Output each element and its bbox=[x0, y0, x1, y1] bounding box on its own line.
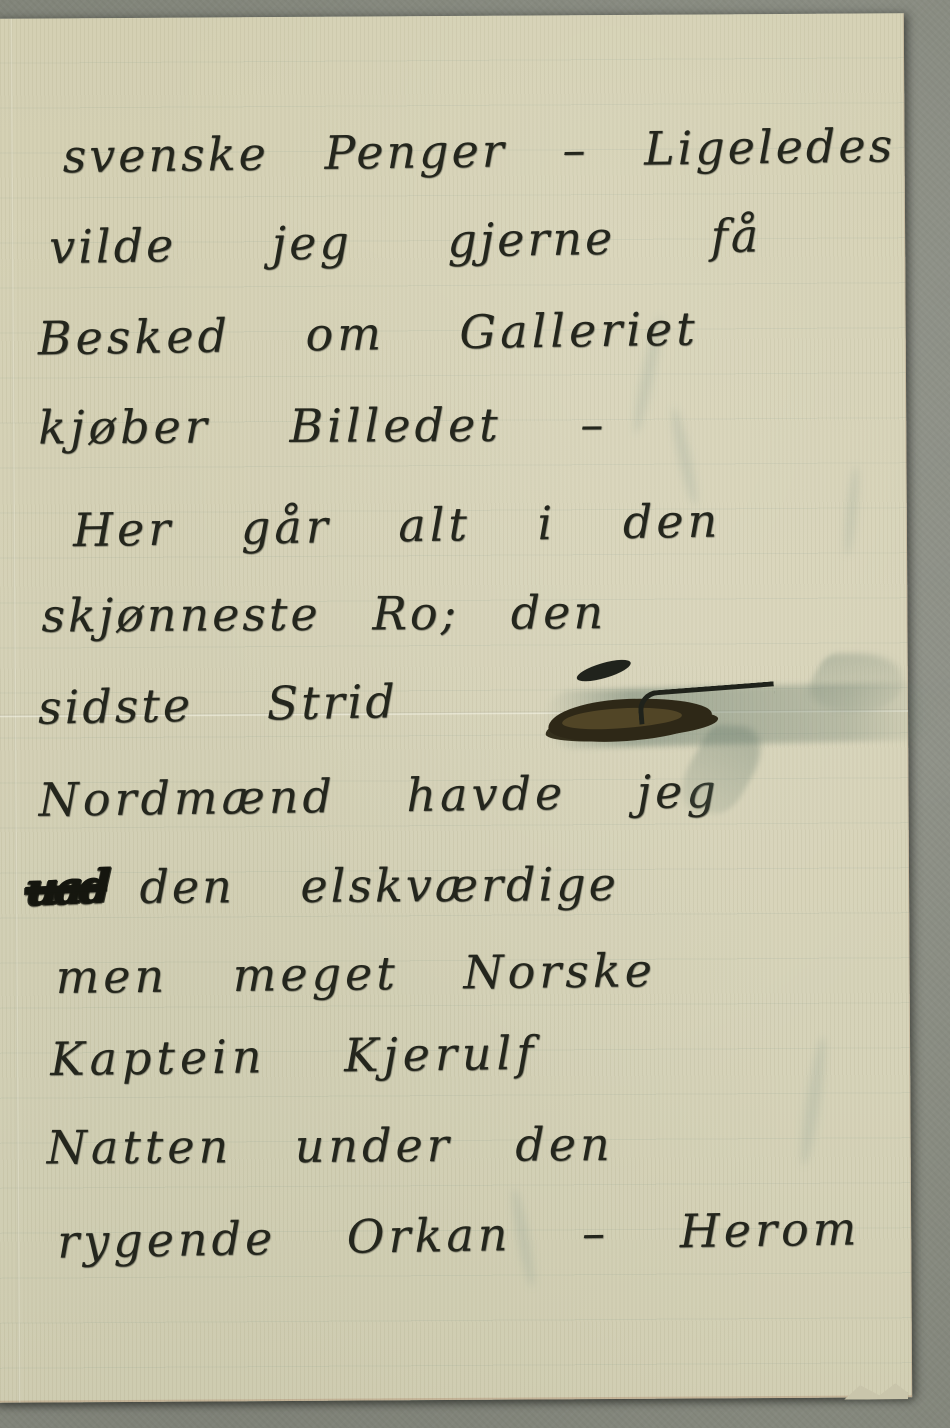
handwritten-line-9-text: den elskværdige bbox=[139, 857, 619, 914]
handwritten-line-8: Nordmænd havde jeg bbox=[38, 768, 720, 823]
handwritten-line-5: Her går alt i den bbox=[73, 498, 722, 554]
handwritten-line-3: Besked om Galleriet bbox=[37, 306, 699, 362]
handwritten-line-12: Natten under den bbox=[47, 1121, 614, 1170]
ink-bleed-ghost bbox=[797, 1035, 830, 1166]
handwritten-line-1: svenske Penger – Ligeledes bbox=[62, 122, 895, 179]
ink-bleed-ghost bbox=[668, 406, 701, 506]
handwritten-line-9: uadden elskværdige bbox=[25, 861, 619, 911]
ink-blot-drip bbox=[575, 655, 633, 685]
handwritten-line-7: sidste Strid bbox=[38, 678, 399, 731]
paper-edge-tear bbox=[844, 1383, 908, 1399]
ink-bleed-ghost bbox=[842, 465, 861, 556]
handwritten-line-10: men meget Norske bbox=[55, 947, 656, 1000]
vertical-fold-crease bbox=[10, 19, 21, 1403]
handwritten-line-6: skjønneste Ro; den bbox=[41, 589, 606, 638]
letter-page: svenske Penger – Ligeledes vilde jeg gje… bbox=[0, 13, 912, 1403]
handwritten-line-2: vilde jeg gjerne få bbox=[49, 212, 762, 270]
handwritten-line-11: Kaptein Kjerulf bbox=[50, 1030, 539, 1082]
handwritten-line-13: rygende Orkan – Herom bbox=[57, 1205, 861, 1264]
scanned-letter-photo: { "scan": { "kind": "handwritten letter … bbox=[0, 0, 950, 1428]
scribbled-out-word: uad bbox=[24, 863, 106, 912]
handwritten-line-4: kjøber Billedet – bbox=[38, 401, 607, 450]
